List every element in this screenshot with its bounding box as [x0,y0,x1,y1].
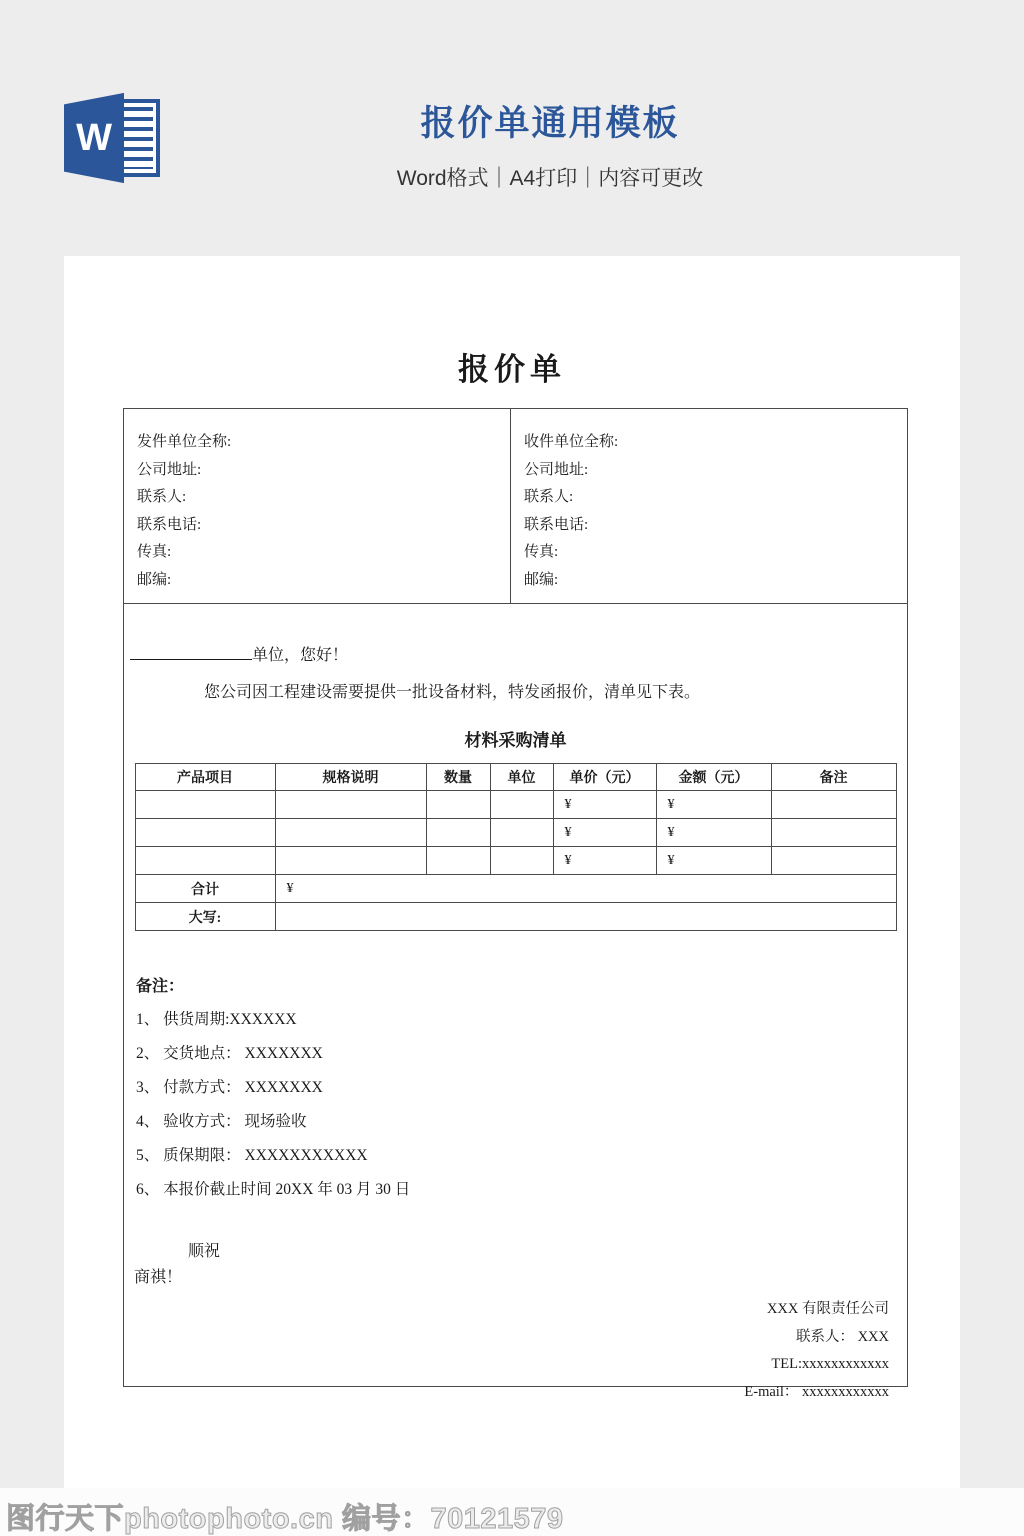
word-logo-letter: W [76,119,112,157]
receiver-phone-label: 联系电话: [524,512,907,540]
page-subtitle: Word格式｜A4打印｜内容可更改 [150,162,950,192]
cell-unit-price: ¥ [553,819,656,847]
signature-company: XXX 有限责任公司 [124,1296,889,1324]
site-header: 报价单通用模板 Word格式｜A4打印｜内容可更改 [150,96,950,192]
document-page: 报价单 发件单位全称: 公司地址: 联系人: 联系电话: 传真: 邮编: 收件单… [64,256,960,1524]
cell-qty [426,791,490,819]
cell-remark [771,847,896,875]
receiver-fax-label: 传真: [524,539,907,567]
caps-label: 大写: [135,903,275,931]
col-spec: 规格说明 [275,764,426,791]
notes-heading: 备注： [124,973,907,996]
col-amount: 金额（元） [656,764,771,791]
note-item-6: 6、 本报价截止时间 20XX 年 03 月 30 日 [124,1179,907,1200]
sender-contact-label: 联系人: [137,484,510,512]
table-row: ¥ ¥ [135,847,896,875]
word-logo-panel: W [64,90,124,186]
info-table: 发件单位全称: 公司地址: 联系人: 联系电话: 传真: 邮编: 收件单位全称:… [124,409,907,604]
sender-company-label: 发件单位全称: [137,429,510,457]
receiver-contact-label: 联系人: [524,484,907,512]
col-qty: 数量 [426,764,490,791]
cell-amount: ¥ [656,791,771,819]
sender-zip-label: 邮编: [137,567,510,595]
document-content-box: 发件单位全称: 公司地址: 联系人: 联系电话: 传真: 邮编: 收件单位全称:… [123,408,908,1387]
total-label: 合计 [135,875,275,903]
cell-unit-price: ¥ [553,791,656,819]
watermark-bar: 图行天下photophoto.cn 编号：70121579 [0,1488,1024,1536]
cell-unit [490,791,553,819]
note-item-4: 4、 验收方式： 现场验收 [124,1111,907,1132]
cell-qty [426,847,490,875]
col-unit-price: 单价（元） [553,764,656,791]
greeting-line: 单位，您好！ [124,642,907,665]
intro-paragraph: 您公司因工程建设需要提供一批设备材料，特发函报价，清单见下表。 [124,679,907,702]
purchase-list-title: 材料采购清单 [124,726,907,751]
cell-qty [426,819,490,847]
cell-spec [275,791,426,819]
cell-amount: ¥ [656,847,771,875]
note-item-5: 5、 质保期限： XXXXXXXXXXX [124,1145,907,1166]
cell-spec [275,819,426,847]
caps-value [275,903,896,931]
sender-address-label: 公司地址: [137,457,510,485]
sender-info-cell: 发件单位全称: 公司地址: 联系人: 联系电话: 传真: 邮编: [124,409,511,603]
cell-unit [490,819,553,847]
cell-spec [275,847,426,875]
signature-block: XXX 有限责任公司 联系人： XXX TEL:xxxxxxxxxxxx E-m… [124,1296,907,1406]
cell-remark [771,819,896,847]
watermark-text: 图行天下photophoto.cn 编号：70121579 [0,1488,1024,1536]
receiver-company-label: 收件单位全称: [524,429,907,457]
col-unit: 单位 [490,764,553,791]
cell-product [135,791,275,819]
cell-remark [771,791,896,819]
signature-contact: 联系人： XXX [124,1324,889,1352]
caps-row: 大写: [135,903,896,931]
total-row: 合计 ¥ [135,875,896,903]
receiver-zip-label: 邮编: [524,567,907,595]
page-title: 报价单通用模板 [150,96,950,146]
note-item-3: 3、 付款方式： XXXXXXX [124,1077,907,1098]
col-product: 产品项目 [135,764,275,791]
cell-product [135,847,275,875]
cell-unit [490,847,553,875]
quote-table: 产品项目 规格说明 数量 单位 单价（元） 金额（元） 备注 ¥ ¥ [135,763,897,931]
greeting-text: 单位，您好！ [252,647,348,664]
document-title: 报价单 [64,344,960,389]
cell-unit-price: ¥ [553,847,656,875]
table-row: ¥ ¥ [135,791,896,819]
note-item-2: 2、 交货地点： XXXXXXX [124,1043,907,1064]
cell-product [135,819,275,847]
col-remark: 备注 [771,764,896,791]
company-name-blank [130,644,252,660]
receiver-address-label: 公司地址: [524,457,907,485]
receiver-info-cell: 收件单位全称: 公司地址: 联系人: 联系电话: 传真: 邮编: [511,409,907,603]
word-logo-icon: W [64,90,164,186]
closing-wish: 顺祝 [124,1240,907,1264]
sender-fax-label: 传真: [137,539,510,567]
table-row: ¥ ¥ [135,819,896,847]
signature-tel: TEL:xxxxxxxxxxxx [124,1351,889,1379]
total-value: ¥ [275,875,896,903]
table-header-row: 产品项目 规格说明 数量 单位 单价（元） 金额（元） 备注 [135,764,896,791]
note-item-1: 1、 供货周期:XXXXXX [124,1009,907,1030]
sender-phone-label: 联系电话: [137,512,510,540]
closing-regards: 商祺！ [124,1264,907,1292]
cell-amount: ¥ [656,819,771,847]
signature-email: E-mail： xxxxxxxxxxxx [124,1379,889,1407]
